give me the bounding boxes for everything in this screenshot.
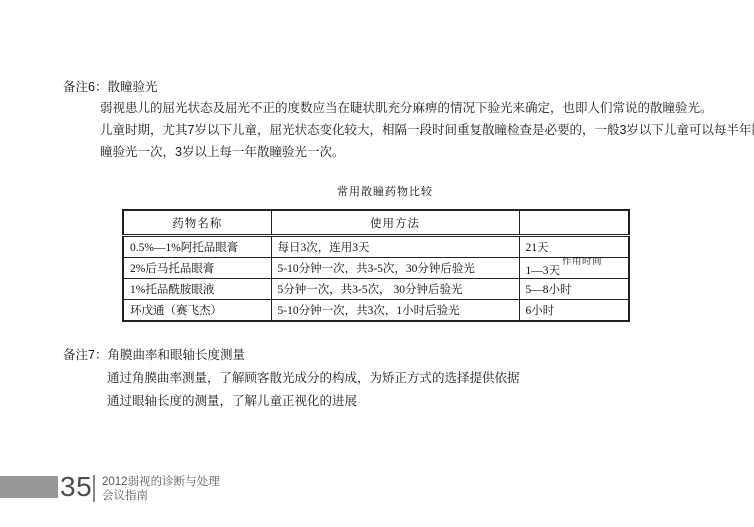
paragraph-line: 儿童时期，尤其7岁以下儿童，屈光状态变化较大，相隔一段时间重复散瞳检查是必要的，… [100, 119, 754, 141]
usage-cell: 5-10分钟一次，共3次，1小时后验光 [271, 300, 519, 322]
footer-divider [93, 475, 95, 502]
usage-cell: 5-10分钟一次，共3-5次，30分钟后验光 [271, 258, 519, 279]
note6-paragraph: 弱视患儿的屈光状态及屈光不正的度数应当在睫状肌充分麻痹的情况下验光来确定，也即人… [100, 97, 754, 163]
usage-cell: 每日3次，连用3天 [271, 236, 519, 258]
footer-doc-title: 2012弱视的诊断与处理 会议指南 [102, 475, 220, 503]
usage-cell: 5分钟一次，共3-5次， 30分钟后验光 [271, 279, 519, 300]
duration-column-floating-header: 作用时间 [562, 258, 602, 268]
paragraph-line: 弱视患儿的屈光状态及屈光不正的度数应当在睫状肌充分麻痹的情况下验光来确定，也即人… [100, 97, 754, 119]
col-header-empty [519, 210, 629, 236]
table-row: 2%后马托品眼膏 5-10分钟一次，共3-5次，30分钟后验光 1—3天作用时间 [123, 258, 629, 279]
note6-heading: 备注6：散瞳验光 [63, 76, 157, 98]
document-page: 备注6：散瞳验光 弱视患儿的屈光状态及屈光不正的度数应当在睫状肌充分麻痹的情况下… [0, 0, 754, 527]
note6-title: 散瞳验光 [107, 80, 157, 94]
duration-cell: 6小时 [519, 300, 629, 322]
footer-gray-bar [0, 476, 58, 498]
note7-label: 备注7： [63, 348, 107, 362]
paragraph-line: 瞳验光一次，3岁以上每一年散瞳验光一次。 [100, 141, 754, 163]
col-header-usage: 使用方法 [271, 210, 519, 236]
table-row: 环戊通（赛飞杰） 5-10分钟一次，共3次，1小时后验光 6小时 [123, 300, 629, 322]
table-title: 常用散瞳药物比较 [337, 183, 433, 199]
col-header-drug-name: 药物名称 [123, 210, 271, 236]
drug-comparison-table: 药物名称 使用方法 0.5%—1%阿托品眼膏 每日3次，连用3天 21天 2%后… [122, 209, 630, 322]
footer-title-line1: 2012弱视的诊断与处理 [102, 475, 220, 489]
note7-heading: 备注7：角膜曲率和眼轴长度测量 [63, 344, 245, 366]
table-row: 0.5%—1%阿托品眼膏 每日3次，连用3天 21天 [123, 236, 629, 258]
duration-cell: 1—3天作用时间 [519, 258, 629, 279]
paragraph-line: 通过角膜曲率测量，了解顾客散光成分的构成，为矫正方式的选择提供依据 [107, 367, 520, 390]
footer-title-line2: 会议指南 [102, 489, 220, 503]
drug-name-cell: 0.5%—1%阿托品眼膏 [123, 236, 271, 258]
table-header-row: 药物名称 使用方法 [123, 210, 629, 236]
drug-name-cell: 2%后马托品眼膏 [123, 258, 271, 279]
duration-cell: 21天 [519, 236, 629, 258]
paragraph-line: 通过眼轴长度的测量，了解儿童正视化的进展 [107, 390, 520, 413]
page-number: 35 [60, 471, 92, 503]
drug-name-cell: 1%托品酰胺眼液 [123, 279, 271, 300]
duration-cell: 5—8小时 [519, 279, 629, 300]
drug-name-cell: 环戊通（赛飞杰） [123, 300, 271, 322]
duration-value: 1—3天 [526, 265, 561, 277]
note7-paragraph: 通过角膜曲率测量，了解顾客散光成分的构成，为矫正方式的选择提供依据 通过眼轴长度… [107, 367, 520, 413]
note6-label: 备注6： [63, 80, 107, 94]
table-row: 1%托品酰胺眼液 5分钟一次，共3-5次， 30分钟后验光 5—8小时 [123, 279, 629, 300]
note7-title: 角膜曲率和眼轴长度测量 [107, 348, 245, 362]
